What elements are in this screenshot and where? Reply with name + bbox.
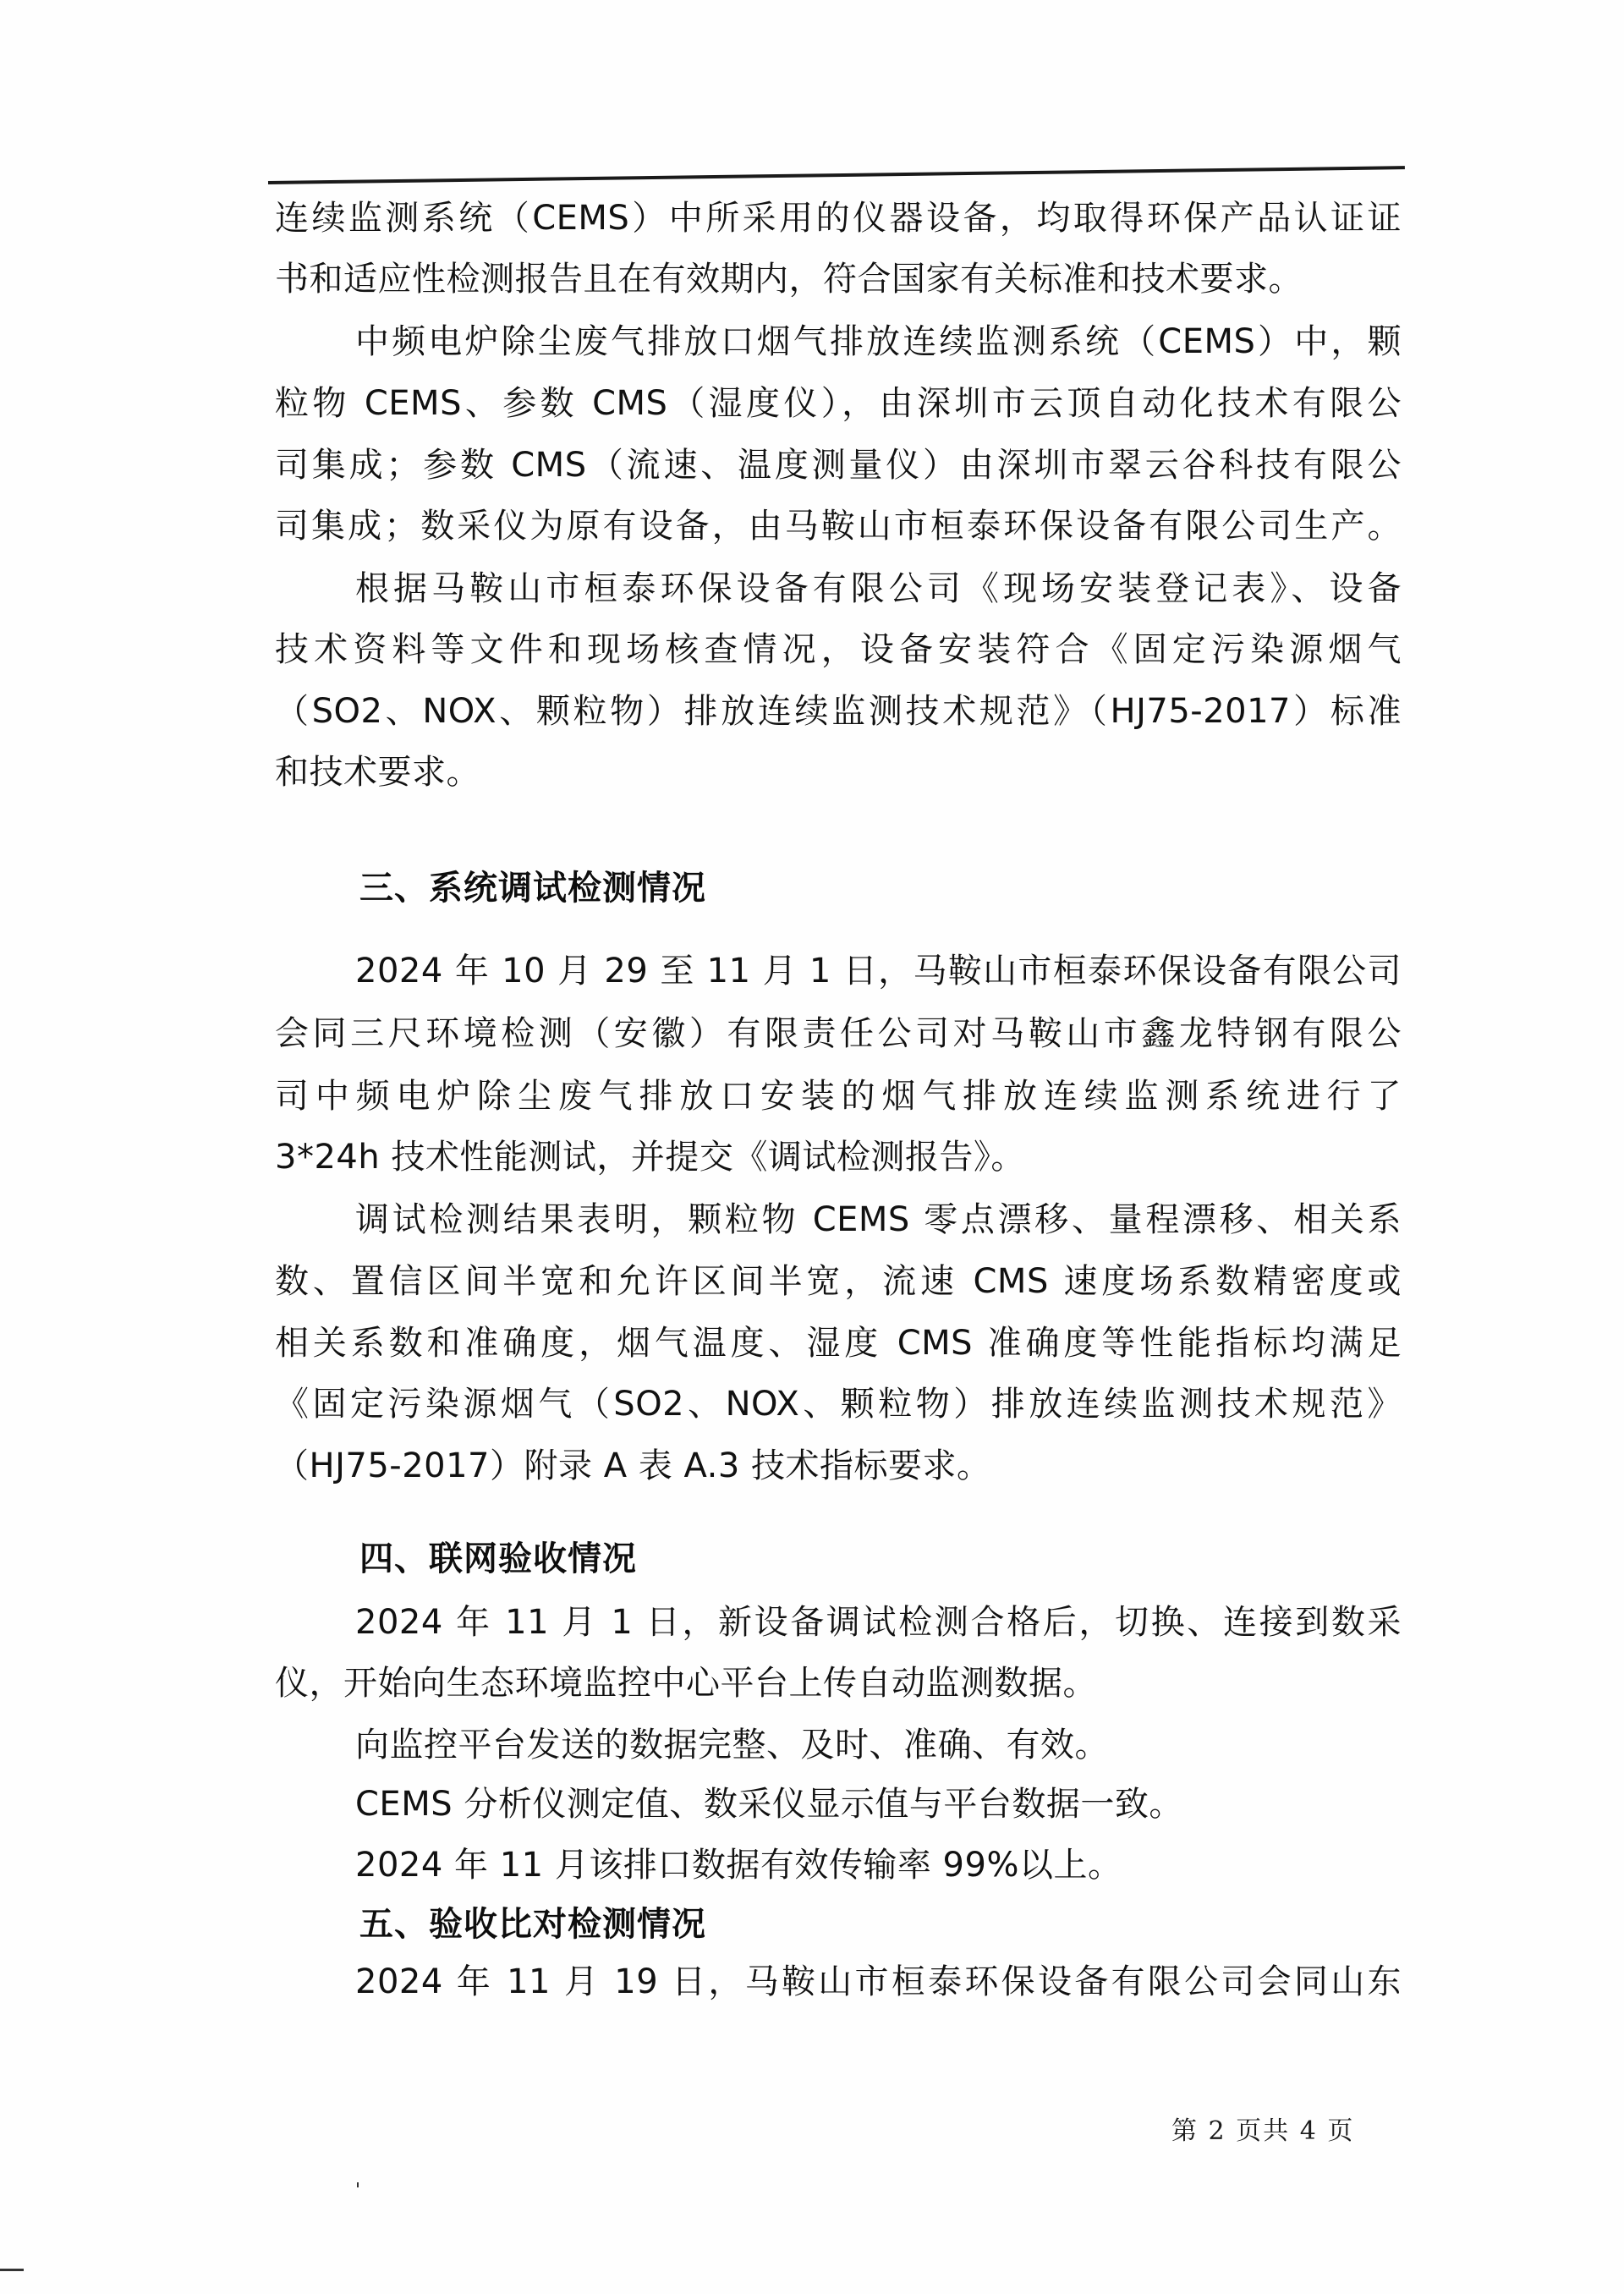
paragraph-line: 和技术要求。 — [275, 750, 1402, 794]
paragraph-line: （SO2、NOX、颗粒物）排放连续监测技术规范》（HJ75-2017）标准 — [275, 689, 1402, 733]
paragraph-line: 司集成；参数 CMS（流速、温度测量仪）由深圳市翠云谷科技有限公 — [275, 443, 1402, 487]
section-heading: 五、验收比对检测情况 — [359, 1901, 706, 1948]
paragraph-line: 仪，开始向生态环境监控中心平台上传自动监测数据。 — [275, 1661, 1402, 1705]
paragraph-line: 2024 年 11 月 1 日，新设备调试检测合格后，切换、连接到数采 — [355, 1600, 1402, 1644]
paragraph-line: 司集成；数采仪为原有设备，由马鞍山市桓泰环保设备有限公司生产。 — [275, 504, 1402, 548]
section-heading: 四、联网验收情况 — [359, 1535, 637, 1583]
section-heading: 三、系统调试检测情况 — [359, 864, 706, 912]
page-number: 第 2 页共 4 页 — [1171, 2115, 1354, 2149]
scan-edge-mark — [0, 2269, 24, 2271]
paragraph-line: CEMS 分析仪测定值、数采仪显示值与平台数据一致。 — [355, 1782, 1402, 1826]
paragraph-line: 书和适应性检测报告且在有效期内，符合国家有关标准和技术要求。 — [275, 257, 1402, 301]
document-page: 连续监测系统（CEMS）中所采用的仪器设备，均取得环保产品认证证 书和适应性检测… — [0, 0, 1624, 2294]
paragraph-line: （HJ75-2017）附录 A 表 A.3 技术指标要求。 — [275, 1444, 1402, 1488]
paragraph-line: 2024 年 10 月 29 至 11 月 1 日，马鞍山市桓泰环保设备有限公司 — [355, 949, 1402, 993]
paragraph-line: 调试检测结果表明，颗粒物 CEMS 零点漂移、量程漂移、相关系 — [355, 1198, 1402, 1242]
paragraph-line: 根据马鞍山市桓泰环保设备有限公司《现场安装登记表》、设备 — [355, 567, 1402, 611]
paragraph-line: 粒物 CEMS、参数 CMS（湿度仪），由深圳市云顶自动化技术有限公 — [275, 381, 1402, 425]
paragraph-line: 向监控平台发送的数据完整、及时、准确、有效。 — [355, 1723, 1402, 1767]
paragraph-line: 连续监测系统（CEMS）中所采用的仪器设备，均取得环保产品认证证 — [275, 196, 1402, 240]
paragraph-line: 3*24h 技术性能测试，并提交《调试检测报告》。 — [275, 1135, 1402, 1179]
paragraph-line: 中频电炉除尘废气排放口烟气排放连续监测系统（CEMS）中，颗 — [355, 320, 1402, 364]
paragraph-line: 相关系数和准确度，烟气温度、湿度 CMS 准确度等性能指标均满足 — [275, 1321, 1402, 1365]
paragraph-line: 2024 年 11 月 19 日，马鞍山市桓泰环保设备有限公司会同山东 — [355, 1960, 1402, 2004]
paragraph-line: 《固定污染源烟气（SO2、NOX、颗粒物）排放连续监测技术规范》 — [275, 1382, 1402, 1426]
header-rule — [268, 166, 1405, 184]
paragraph-line: 数、置信区间半宽和允许区间半宽，流速 CMS 速度场系数精密度或 — [275, 1260, 1402, 1303]
paragraph-line: 司中频电炉除尘废气排放口安装的烟气排放连续监测系统进行了 — [275, 1074, 1402, 1118]
paragraph-line: 会同三尺环境检测（安徽）有限责任公司对马鞍山市鑫龙特钢有限公 — [275, 1012, 1402, 1056]
paragraph-line: 技术资料等文件和现场核查情况，设备安装符合《固定污染源烟气 — [275, 628, 1402, 672]
paragraph-line: 2024 年 11 月该排口数据有效传输率 99%以上。 — [355, 1843, 1402, 1887]
scan-speck — [357, 2182, 359, 2187]
